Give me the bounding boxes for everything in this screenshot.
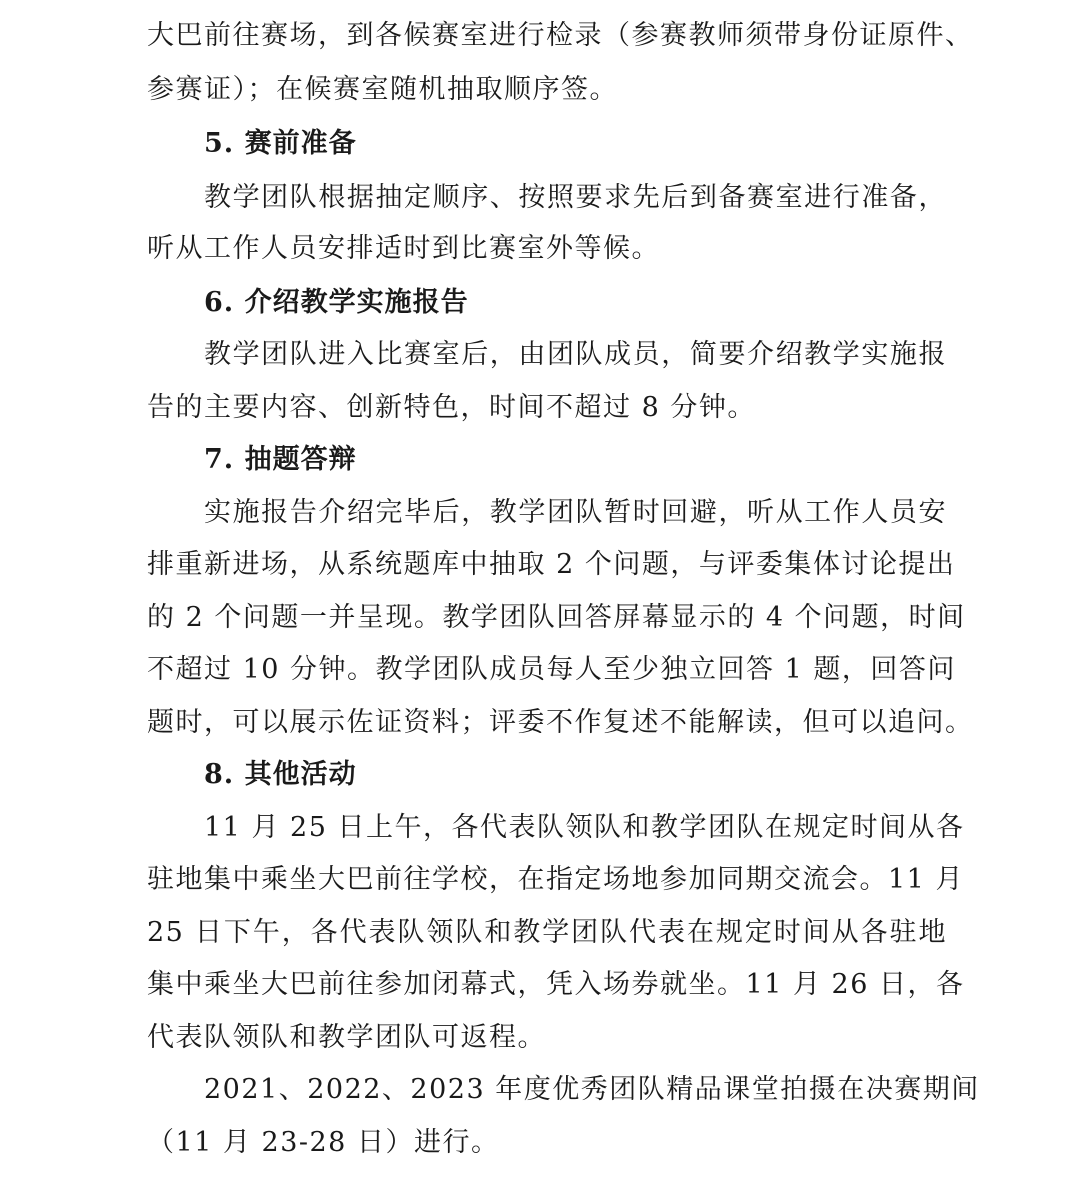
paragraph-line: 实施报告介绍完毕后，教学团队暂时回避，听从工作人员安 — [204, 486, 947, 540]
paragraph-line: （11 月 23-28 日）进行。 — [147, 1116, 499, 1170]
section-heading: 7. 抽题答辩 — [204, 433, 357, 487]
paragraph-line: 听从工作人员安排适时到比赛室外等候。 — [147, 222, 660, 276]
paragraph-line: 教学团队根据抽定顺序、按照要求先后到备赛室进行准备， — [204, 171, 947, 225]
paragraph-line: 排重新进场，从系统题库中抽取 2 个问题，与评委集体讨论提出 — [147, 538, 947, 592]
section-heading: 6. 介绍教学实施报告 — [204, 276, 469, 330]
paragraph-line: 驻地集中乘坐大巴前往学校，在指定场地参加同期交流会。11 月 — [147, 853, 947, 907]
paragraph-line: 集中乘坐大巴前往参加闭幕式，凭入场券就坐。11 月 26 日，各 — [147, 958, 947, 1012]
paragraph-line: 教学团队进入比赛室后，由团队成员，简要介绍教学实施报 — [204, 328, 947, 382]
paragraph-line: 不超过 10 分钟。教学团队成员每人至少独立回答 1 题，回答问 — [147, 643, 947, 697]
paragraph-line: 11 月 25 日上午，各代表队领队和教学团队在规定时间从各 — [204, 801, 947, 855]
paragraph-line: 参赛证）；在候赛室随机抽取顺序签。 — [147, 63, 618, 117]
paragraph-line: 告的主要内容、创新特色，时间不超过 8 分钟。 — [147, 381, 756, 435]
paragraph-line: 2021、2022、2023 年度优秀团队精品课堂拍摄在决赛期间 — [204, 1063, 947, 1117]
section-heading: 8. 其他活动 — [204, 748, 357, 802]
paragraph-line: 代表队领队和教学团队可返程。 — [147, 1011, 546, 1065]
section-heading: 5. 赛前准备 — [204, 117, 357, 171]
paragraph-line: 大巴前往赛场，到各候赛室进行检录（参赛教师须带身份证原件、 — [147, 9, 947, 63]
paragraph-line: 25 日下午，各代表队领队和教学团队代表在规定时间从各驻地 — [147, 906, 947, 960]
paragraph-line: 的 2 个问题一并呈现。教学团队回答屏幕显示的 4 个问题，时间 — [147, 591, 947, 645]
paragraph-line: 题时，可以展示佐证资料；评委不作复述不能解读，但可以追问。 — [147, 696, 947, 750]
